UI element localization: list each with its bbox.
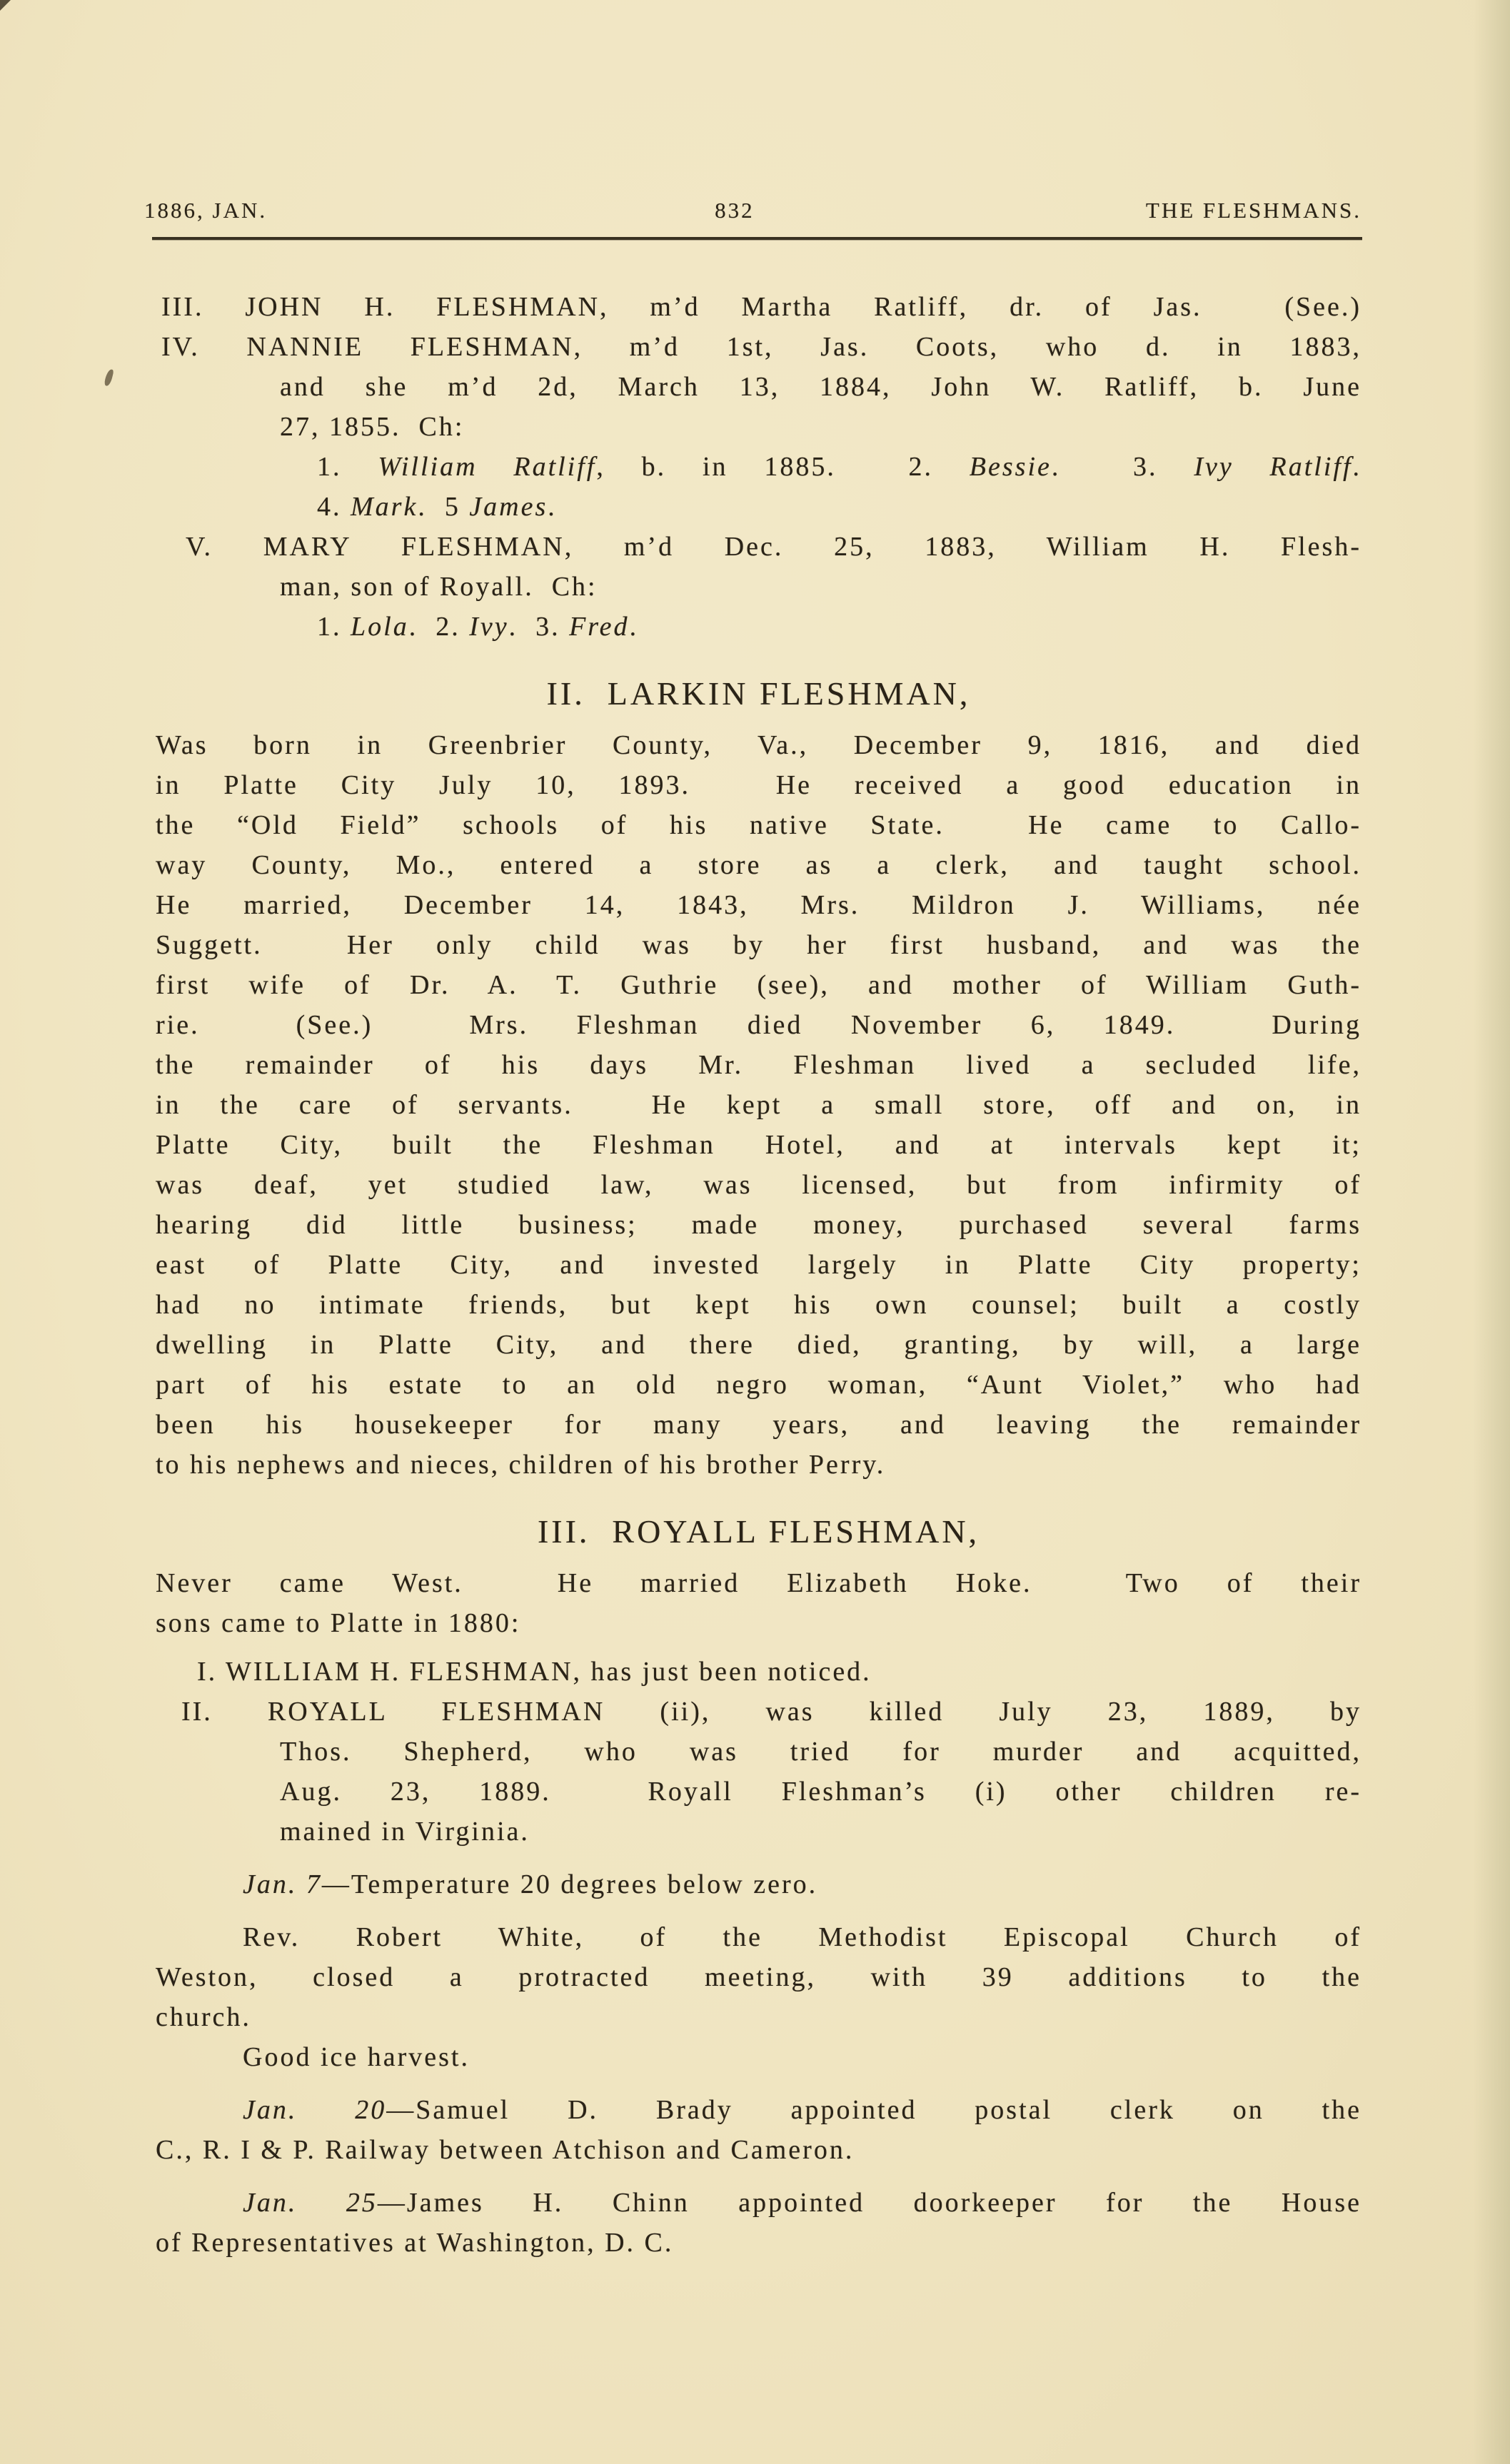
text-line: in the care of servants. He kept a small… [156,1085,1361,1125]
text-line: been his housekeeper for many years, and… [156,1405,1361,1445]
text-line: was deaf, yet studied law, was licensed,… [156,1165,1361,1205]
text-line: 1. Lola. 2. Ivy. 3. Fred. [156,607,1361,647]
text-line: Jan. 25—James H. Chinn appointed doorkee… [156,2183,1361,2223]
text-line: I. WILLIAM H. FLESHMAN, has just been no… [156,1652,1361,1692]
text-line: V. MARY FLESHMAN, m’d Dec. 25, 1883, Wil… [156,527,1361,567]
text-line: way County, Mo., entered a store as a cl… [156,845,1361,885]
text-line: Rev. Robert White, of the Methodist Epis… [156,1917,1361,1957]
text-line: 27, 1855. Ch: [156,407,1361,447]
text-line: IV. NANNIE FLESHMAN, m’d 1st, Jas. Coots… [156,327,1361,367]
text-line: mained in Virginia. [156,1812,1361,1852]
text-line: 1. William Ratliff, b. in 1885. 2. Bessi… [156,447,1361,487]
text-line: to his nephews and nieces, children of h… [156,1445,1361,1485]
text-line: II. ROYALL FLESHMAN (ii), was killed Jul… [156,1692,1361,1732]
scan-corner-artifact [0,0,11,11]
text-line: dwelling in Platte City, and there died,… [156,1325,1361,1365]
scanned-book-page: 1886, JAN. 832 THE FLESHMANS. III. JOHN … [0,0,1510,2464]
text-line: the “Old Field” schools of his native St… [156,805,1361,845]
text-line: hearing did little business; made money,… [156,1205,1361,1245]
text-line: C., R. I & P. Railway between Atchison a… [156,2130,1361,2170]
text-line: Jan. 20—Samuel D. Brady appointed postal… [156,2090,1361,2130]
text-column: III. JOHN H. FLESHMAN, m’d Martha Ratlif… [156,0,1361,2464]
page-edge-shading [1473,0,1510,2464]
text-line: had no intimate friends, but kept his ow… [156,1285,1361,1325]
text-line: and she m’d 2d, March 13, 1884, John W. … [156,367,1361,407]
text-line: of Representatives at Washington, D. C. [156,2223,1361,2263]
text-line: Weston, closed a protracted meeting, wit… [156,1957,1361,1997]
text-line: 4. Mark. 5 James. [156,487,1361,527]
text-line: Jan. 7—Temperature 20 degrees below zero… [156,1864,1361,1904]
text-line: church. [156,1997,1361,2037]
text-line: man, son of Royall. Ch: [156,567,1361,607]
text-line: Never came West. He married Elizabeth Ho… [156,1563,1361,1603]
text-line: Platte City, built the Fleshman Hotel, a… [156,1125,1361,1165]
text-line: Aug. 23, 1889. Royall Fleshman’s (i) oth… [156,1772,1361,1812]
text-line: east of Platte City, and invested largel… [156,1245,1361,1285]
text-line: Suggett. Her only child was by her first… [156,925,1361,965]
margin-ink-mark [104,368,114,386]
text-line: Was born in Greenbrier County, Va., Dece… [156,725,1361,765]
section-heading-larkin-fleshman: II. LARKIN FLESHMAN, [156,672,1361,715]
text-line: Thos. Shepherd, who was tried for murder… [156,1732,1361,1772]
text-line: part of his estate to an old negro woman… [156,1365,1361,1405]
section-heading-royall-fleshman: III. ROYALL FLESHMAN, [156,1510,1361,1553]
text-line: Good ice harvest. [156,2037,1361,2077]
text-line: III. JOHN H. FLESHMAN, m’d Martha Ratlif… [156,287,1361,327]
text-line: He married, December 14, 1843, Mrs. Mild… [156,885,1361,925]
text-line: sons came to Platte in 1880: [156,1603,1361,1643]
text-line: rie. (See.) Mrs. Fleshman died November … [156,1005,1361,1045]
text-line: in Platte City July 10, 1893. He receive… [156,765,1361,805]
text-line: the remainder of his days Mr. Fleshman l… [156,1045,1361,1085]
text-line: first wife of Dr. A. T. Guthrie (see), a… [156,965,1361,1005]
